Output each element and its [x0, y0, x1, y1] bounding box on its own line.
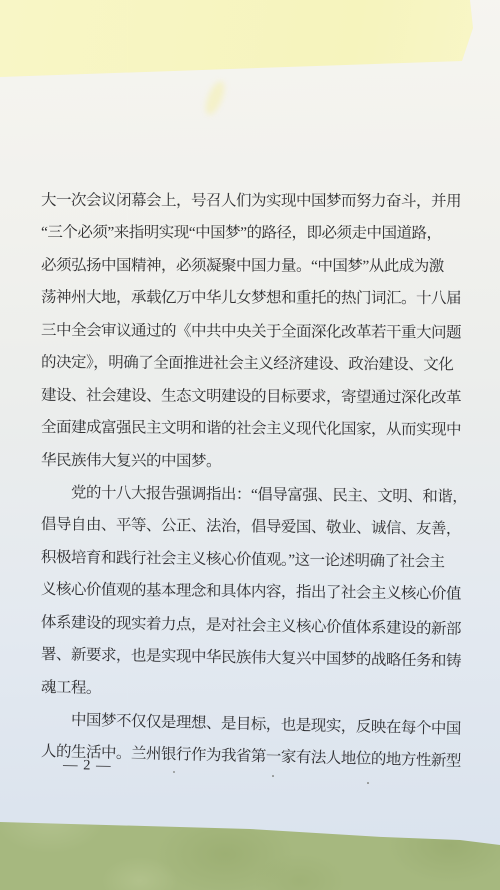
text-line: 倡导自由、平等、公正、法治，倡导爱国、敬业、诚信、友善， [41, 507, 473, 544]
text-line: 积极培育和践行社会主义核心价值观。”这一论述明确了社会主 [41, 540, 473, 577]
text-line: 大一次会议闭幕会上，号召人们为实现中国梦而努力奋斗，并用 [41, 183, 473, 217]
text-line: 三中全会审议通过的《中共中央关于全面深化改革若干重大问题 [41, 313, 473, 348]
dust-speck [173, 771, 175, 773]
text-line: 必须弘扬中国精神，必须凝聚中国力量。“中国梦”从此成为激 [41, 248, 473, 282]
text-line: 荡神州大地，承载亿万中华儿女梦想和重托的热门词汇。十八届 [41, 280, 473, 314]
page-number: — 2 — [63, 757, 112, 775]
document-photo: 大一次会议闭幕会上，号召人们为实现中国梦而努力奋斗，并用 “三个必须”来指明实现… [0, 0, 500, 890]
text-line: 党的十八大报告强调指出：“倡导富强、民主、文明、和谐， [41, 475, 473, 512]
text-line: 的决定》，明确了全面推进社会主义经济建设、政治建设、文化 [41, 345, 473, 380]
text-line: “三个必须”来指明实现“中国梦”的路径，即必须走中国道路， [41, 215, 473, 249]
text-line: 建设、社会建设、生态文明建设的目标要求，寄望通过深化改革 [41, 378, 473, 413]
document-text: 大一次会议闭幕会上，号召人们为实现中国梦而努力奋斗，并用 “三个必须”来指明实现… [41, 183, 473, 767]
text-line: 全面建成富强民主文明和谐的社会主义现代化国家，从而实现中 [41, 410, 473, 445]
dust-speck [272, 775, 274, 777]
dust-speck [367, 782, 369, 784]
text-line: 义核心价值观的基本理念和具体内容，指出了社会主义核心价值 [41, 572, 473, 609]
text-line: 华民族伟大复兴的中国梦。 [41, 443, 473, 478]
